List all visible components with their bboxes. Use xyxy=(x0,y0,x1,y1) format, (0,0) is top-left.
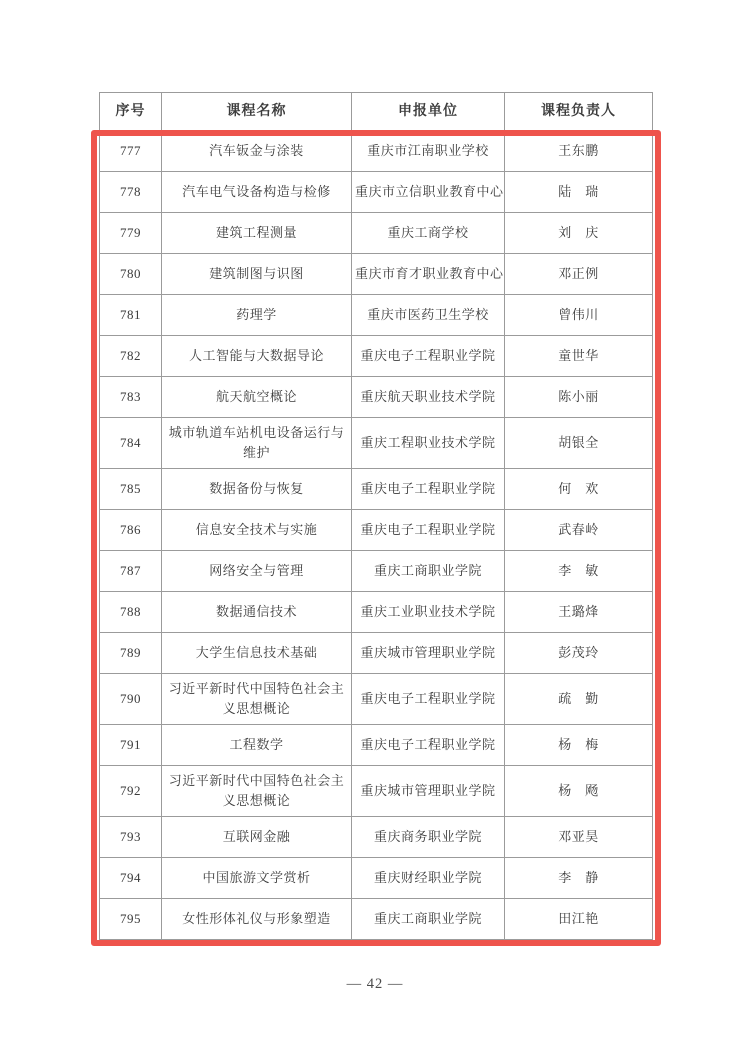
row-course-leader: 杨 飏 xyxy=(505,766,653,817)
row-serial-number: 777 xyxy=(100,131,162,172)
row-course-leader: 陈小丽 xyxy=(505,377,653,418)
row-applicant-org: 重庆市立信职业教育中心 xyxy=(352,172,505,213)
row-applicant-org: 重庆工程职业技术学院 xyxy=(352,418,505,469)
header-applicant-org: 申报单位 xyxy=(352,93,505,131)
row-serial-number: 794 xyxy=(100,858,162,899)
page-number: — 42 — xyxy=(0,976,750,993)
table-row: 791工程数学重庆电子工程职业学院杨 梅 xyxy=(100,725,653,766)
row-course-name: 汽车钣金与涂装 xyxy=(162,131,352,172)
row-applicant-org: 重庆电子工程职业学院 xyxy=(352,510,505,551)
row-course-name: 人工智能与大数据导论 xyxy=(162,336,352,377)
row-course-leader: 何 欢 xyxy=(505,469,653,510)
table-row: 787网络安全与管理重庆工商职业学院李 敏 xyxy=(100,551,653,592)
row-course-leader: 童世华 xyxy=(505,336,653,377)
header-serial-number: 序号 xyxy=(100,93,162,131)
table-row: 794中国旅游文学赏析重庆财经职业学院李 静 xyxy=(100,858,653,899)
row-serial-number: 783 xyxy=(100,377,162,418)
row-serial-number: 785 xyxy=(100,469,162,510)
row-course-leader: 刘 庆 xyxy=(505,213,653,254)
row-course-name: 航天航空概论 xyxy=(162,377,352,418)
row-course-name: 数据通信技术 xyxy=(162,592,352,633)
row-serial-number: 790 xyxy=(100,674,162,725)
table-row: 780建筑制图与识图重庆市育才职业教育中心邓正例 xyxy=(100,254,653,295)
row-applicant-org: 重庆财经职业学院 xyxy=(352,858,505,899)
table-row: 777汽车钣金与涂装重庆市江南职业学校王东鹏 xyxy=(100,131,653,172)
table-row: 789大学生信息技术基础重庆城市管理职业学院彭茂玲 xyxy=(100,633,653,674)
row-serial-number: 788 xyxy=(100,592,162,633)
table-row: 786信息安全技术与实施重庆电子工程职业学院武春岭 xyxy=(100,510,653,551)
row-serial-number: 780 xyxy=(100,254,162,295)
header-course-name: 课程名称 xyxy=(162,93,352,131)
row-course-leader: 李 静 xyxy=(505,858,653,899)
row-course-leader: 王东鹏 xyxy=(505,131,653,172)
row-course-name: 汽车电气设备构造与检修 xyxy=(162,172,352,213)
row-applicant-org: 重庆市医药卫生学校 xyxy=(352,295,505,336)
row-applicant-org: 重庆电子工程职业学院 xyxy=(352,674,505,725)
table-header-row: 序号 课程名称 申报单位 课程负责人 xyxy=(100,93,653,131)
row-serial-number: 778 xyxy=(100,172,162,213)
row-serial-number: 782 xyxy=(100,336,162,377)
row-course-name: 习近平新时代中国特色社会主义思想概论 xyxy=(162,674,352,725)
row-course-leader: 疏 勤 xyxy=(505,674,653,725)
table-row: 788数据通信技术重庆工业职业技术学院王璐烽 xyxy=(100,592,653,633)
row-serial-number: 793 xyxy=(100,817,162,858)
row-course-leader: 陆 瑞 xyxy=(505,172,653,213)
course-table: 序号 课程名称 申报单位 课程负责人 777汽车钣金与涂装重庆市江南职业学校王东… xyxy=(99,92,653,940)
row-course-leader: 胡银全 xyxy=(505,418,653,469)
row-course-name: 数据备份与恢复 xyxy=(162,469,352,510)
row-course-name: 大学生信息技术基础 xyxy=(162,633,352,674)
row-serial-number: 784 xyxy=(100,418,162,469)
table-row: 783航天航空概论重庆航天职业技术学院陈小丽 xyxy=(100,377,653,418)
row-applicant-org: 重庆市育才职业教育中心 xyxy=(352,254,505,295)
row-applicant-org: 重庆市江南职业学校 xyxy=(352,131,505,172)
row-course-name: 建筑制图与识图 xyxy=(162,254,352,295)
row-serial-number: 791 xyxy=(100,725,162,766)
row-course-name: 中国旅游文学赏析 xyxy=(162,858,352,899)
row-course-name: 药理学 xyxy=(162,295,352,336)
table-row: 795女性形体礼仪与形象塑造重庆工商职业学院田江艳 xyxy=(100,899,653,940)
row-course-leader: 邓正例 xyxy=(505,254,653,295)
row-applicant-org: 重庆航天职业技术学院 xyxy=(352,377,505,418)
row-applicant-org: 重庆商务职业学院 xyxy=(352,817,505,858)
row-course-leader: 彭茂玲 xyxy=(505,633,653,674)
row-course-leader: 曾伟川 xyxy=(505,295,653,336)
row-course-name: 网络安全与管理 xyxy=(162,551,352,592)
row-applicant-org: 重庆城市管理职业学院 xyxy=(352,766,505,817)
table-row: 784城市轨道车站机电设备运行与维护重庆工程职业技术学院胡银全 xyxy=(100,418,653,469)
row-applicant-org: 重庆城市管理职业学院 xyxy=(352,633,505,674)
row-course-name: 习近平新时代中国特色社会主义思想概论 xyxy=(162,766,352,817)
table-row: 778汽车电气设备构造与检修重庆市立信职业教育中心陆 瑞 xyxy=(100,172,653,213)
row-course-leader: 杨 梅 xyxy=(505,725,653,766)
table-row: 779建筑工程测量重庆工商学校刘 庆 xyxy=(100,213,653,254)
row-serial-number: 787 xyxy=(100,551,162,592)
row-course-leader: 武春岭 xyxy=(505,510,653,551)
row-serial-number: 789 xyxy=(100,633,162,674)
row-course-leader: 李 敏 xyxy=(505,551,653,592)
row-course-name: 城市轨道车站机电设备运行与维护 xyxy=(162,418,352,469)
document-page: 序号 课程名称 申报单位 课程负责人 777汽车钣金与涂装重庆市江南职业学校王东… xyxy=(0,0,750,1061)
row-applicant-org: 重庆工商职业学院 xyxy=(352,899,505,940)
row-applicant-org: 重庆工商职业学院 xyxy=(352,551,505,592)
row-course-leader: 邓亚昊 xyxy=(505,817,653,858)
row-course-name: 女性形体礼仪与形象塑造 xyxy=(162,899,352,940)
row-course-leader: 王璐烽 xyxy=(505,592,653,633)
row-course-name: 建筑工程测量 xyxy=(162,213,352,254)
row-applicant-org: 重庆电子工程职业学院 xyxy=(352,725,505,766)
row-serial-number: 792 xyxy=(100,766,162,817)
row-course-name: 信息安全技术与实施 xyxy=(162,510,352,551)
table-row: 792习近平新时代中国特色社会主义思想概论重庆城市管理职业学院杨 飏 xyxy=(100,766,653,817)
row-applicant-org: 重庆工业职业技术学院 xyxy=(352,592,505,633)
course-table-body: 777汽车钣金与涂装重庆市江南职业学校王东鹏778汽车电气设备构造与检修重庆市立… xyxy=(100,131,653,940)
row-serial-number: 781 xyxy=(100,295,162,336)
row-course-leader: 田江艳 xyxy=(505,899,653,940)
row-applicant-org: 重庆电子工程职业学院 xyxy=(352,469,505,510)
table-row: 785数据备份与恢复重庆电子工程职业学院何 欢 xyxy=(100,469,653,510)
row-serial-number: 786 xyxy=(100,510,162,551)
row-applicant-org: 重庆工商学校 xyxy=(352,213,505,254)
table-row: 793互联网金融重庆商务职业学院邓亚昊 xyxy=(100,817,653,858)
row-applicant-org: 重庆电子工程职业学院 xyxy=(352,336,505,377)
table-row: 782人工智能与大数据导论重庆电子工程职业学院童世华 xyxy=(100,336,653,377)
row-serial-number: 779 xyxy=(100,213,162,254)
row-course-name: 互联网金融 xyxy=(162,817,352,858)
table-row: 781药理学重庆市医药卫生学校曾伟川 xyxy=(100,295,653,336)
row-serial-number: 795 xyxy=(100,899,162,940)
table-row: 790习近平新时代中国特色社会主义思想概论重庆电子工程职业学院疏 勤 xyxy=(100,674,653,725)
header-course-leader: 课程负责人 xyxy=(505,93,653,131)
row-course-name: 工程数学 xyxy=(162,725,352,766)
